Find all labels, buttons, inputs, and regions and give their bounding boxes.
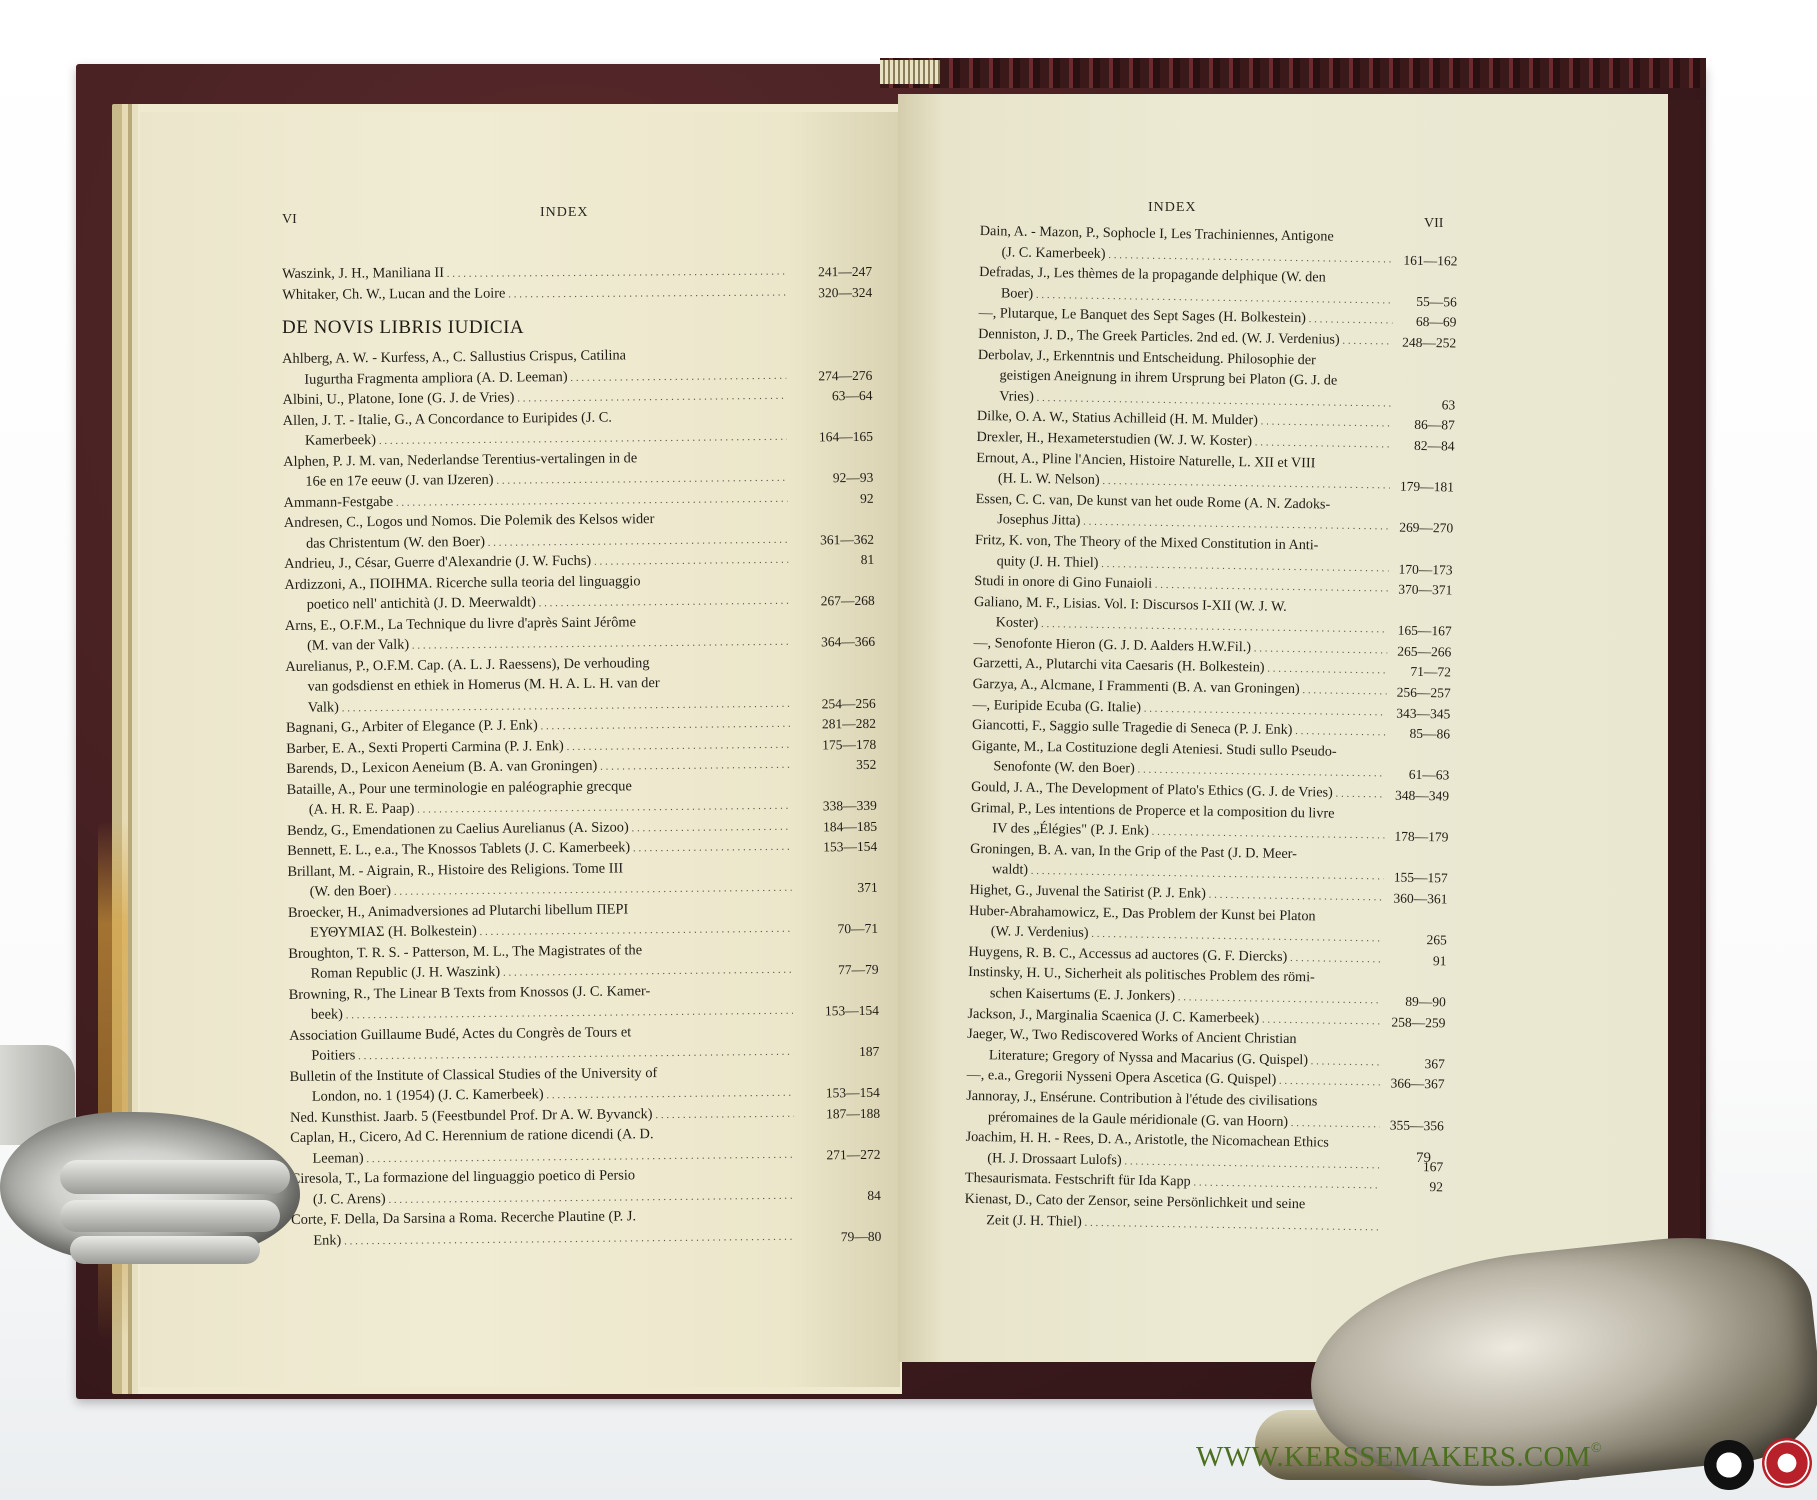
- entry-pages: 71—72: [1387, 662, 1451, 683]
- entry-pages: 81: [788, 550, 874, 570]
- entry-pages: 179—181: [1390, 477, 1454, 498]
- entry-pages: 164—165: [787, 427, 873, 447]
- copyright-symbol: ©: [1591, 1441, 1602, 1456]
- left-folio: VI: [282, 212, 297, 228]
- entry-pages: 254—256: [790, 693, 876, 713]
- entry-pages: 360—361: [1383, 888, 1447, 909]
- entry-pages: 265: [1383, 930, 1447, 951]
- left-bookend-finger: [70, 1236, 260, 1264]
- entry-pages: 165—167: [1387, 621, 1451, 642]
- amor-librorum-seal-icon: [1762, 1438, 1812, 1488]
- entry-pages: 187—188: [794, 1103, 880, 1123]
- entry-pages: 153—154: [793, 1001, 879, 1021]
- entry-pages: 155—157: [1384, 868, 1448, 889]
- entry-pages: 265—266: [1387, 641, 1451, 662]
- right-index-list: Dain, A. - Mazon, P., Sophocle I, Les Tr…: [964, 222, 1458, 1238]
- headband: [880, 60, 940, 84]
- left-running-head: INDEX: [540, 205, 589, 221]
- entry-pages: 153—154: [794, 1083, 880, 1103]
- entry-pages: 84: [795, 1185, 881, 1205]
- entry-pages: 281—282: [790, 714, 876, 734]
- entry-pages: 352: [790, 755, 876, 775]
- right-running-head: INDEX: [1148, 200, 1197, 216]
- left-bookend-finger: [60, 1160, 290, 1194]
- entry-pages: 63: [1391, 394, 1455, 415]
- entry-text: Whitaker, Ch. W., Lucan and the Loire: [282, 282, 786, 306]
- entry-pages: 267—268: [789, 591, 875, 611]
- entry-pages: 370—371: [1388, 580, 1452, 601]
- entry-pages: 161—162: [1393, 250, 1457, 271]
- entry-pages: 361—362: [788, 529, 874, 549]
- entry-pages: 366—367: [1380, 1074, 1444, 1095]
- entry-pages: 63—64: [786, 386, 872, 406]
- watermark-text: WWW.KERSSEMAKERS.COM: [1196, 1441, 1591, 1473]
- index-entry: Whitaker, Ch. W., Lucan and the Loire320…: [282, 281, 872, 306]
- entry-pages: 258—259: [1381, 1012, 1445, 1033]
- entry-pages: 153—154: [791, 837, 877, 857]
- entry-pages: 367: [1381, 1053, 1445, 1074]
- entry-pages: 55—56: [1393, 291, 1457, 312]
- entry-pages: 82—84: [1390, 435, 1454, 456]
- entry-pages: 92: [1379, 1177, 1443, 1198]
- entry-pages: 85—86: [1386, 724, 1450, 745]
- entry-pages: 184—185: [791, 816, 877, 836]
- society-seal-icon: [1704, 1440, 1754, 1490]
- entry-pages: 364—366: [789, 632, 875, 652]
- entry-pages: 256—257: [1387, 683, 1451, 704]
- entry-pages: 343—345: [1386, 703, 1450, 724]
- entry-pages: 89—90: [1382, 991, 1446, 1012]
- entry-pages: 274—276: [786, 365, 872, 385]
- bottom-page-number: 79: [1416, 1150, 1431, 1167]
- entry-pages: 68—69: [1392, 312, 1456, 333]
- entry-pages: 178—179: [1384, 827, 1448, 848]
- entry-pages: 271—272: [794, 1144, 880, 1164]
- entry-pages: 91: [1382, 950, 1446, 971]
- entry-pages: 175—178: [790, 734, 876, 754]
- entry-pages: 348—349: [1385, 785, 1449, 806]
- entry-pages: 371: [792, 878, 878, 898]
- entry-pages: 338—339: [791, 796, 877, 816]
- entry-pages: 355—356: [1380, 1115, 1444, 1136]
- entry-pages: 248—252: [1392, 332, 1456, 353]
- entry-pages: 61—63: [1385, 765, 1449, 786]
- section-title: DE NOVIS LIBRIS IUDICIA: [282, 317, 524, 339]
- entry-pages: 86—87: [1391, 415, 1455, 436]
- entry-pages: 92—93: [787, 468, 873, 488]
- entry-pages: 70—71: [792, 919, 878, 939]
- watermark: WWW.KERSSEMAKERS.COM©: [1196, 1441, 1602, 1474]
- left-bookend-finger: [60, 1200, 280, 1232]
- entry-pages: 92: [787, 488, 873, 508]
- entry-pages: 167: [1379, 1156, 1443, 1177]
- entry-pages: 241—247: [786, 262, 872, 282]
- book-cover-marbled-edge: [880, 58, 1706, 88]
- left-top-entries: Waszink, J. H., Maniliana II241—247Whita…: [282, 261, 872, 306]
- entry-pages: 269—270: [1389, 518, 1453, 539]
- entry-pages: 170—173: [1388, 559, 1452, 580]
- entry-pages: 77—79: [792, 960, 878, 980]
- entry-pages: 320—324: [786, 282, 872, 302]
- entry-pages: 79—80: [795, 1226, 881, 1246]
- left-index-list: Ahlberg, A. W. - Kurfess, A., C. Sallust…: [282, 344, 881, 1252]
- entry-pages: 187: [793, 1042, 879, 1062]
